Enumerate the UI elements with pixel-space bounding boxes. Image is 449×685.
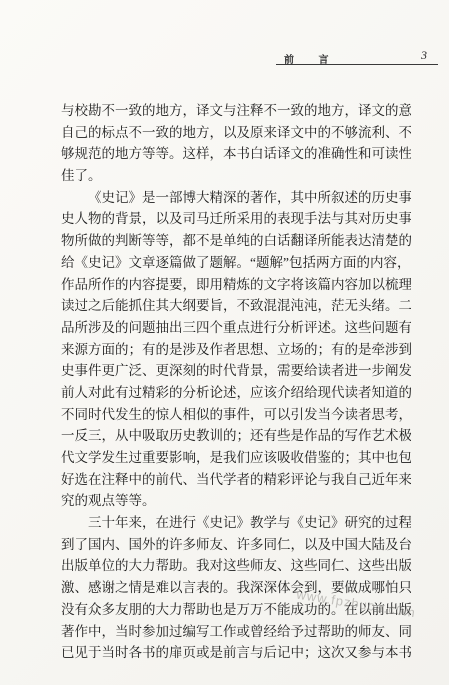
text-line: 前人对此有过精彩的分析论述，应该介绍给现代读者知道的；有的更是	[61, 382, 411, 404]
text-line: 《史记》是一部博大精深的著作，其中所叙述的历史事件的意义、历	[61, 187, 411, 209]
text-line: 一反三，从中吸取历史教训的；还有些是作品的写作艺术极高，并对后	[61, 425, 411, 447]
text-line: 出版单位的大力帮助。我对这些师友、这些同仁、这些出版单位的感	[61, 555, 411, 577]
text-line: 来源方面的；有的是涉及作者思想、立场的；有的是牵涉到历史人物、历	[61, 339, 411, 361]
text-line: 已见于当时各书的扉页或是前言与后记中；这次又参与本书修改工作	[61, 642, 411, 664]
paragraph: 《史记》是一部博大精深的著作，其中所叙述的历史事件的意义、历史人物的背景，以及司…	[61, 187, 411, 512]
text-line: 自己的标点不一致的地方，以及原来译文中的不够流利、不够通畅、不	[61, 122, 411, 144]
scanned-book-page: 前 言 3 与校勘不一致的地方，译文与注释不一致的地方，译文的意思与我们自己的标…	[0, 0, 449, 685]
text-line: 与校勘不一致的地方，译文与注释不一致的地方，译文的意思与我们	[61, 100, 411, 122]
text-line: 佳了。	[61, 165, 411, 187]
paragraph: 三十年来，在进行《史记》教学与《史记》研究的过程中，我先后得到了国内、国外的许多…	[61, 512, 411, 664]
text-line: 物所做的判断等等，都不是单纯的白话翻译所能表达清楚的。因此我们	[61, 230, 411, 252]
header-rule	[276, 64, 438, 65]
text-line: 代文学发生过重要影响，是我们应该吸收借鉴的；其中也包括了一些不	[61, 447, 411, 469]
text-line: 作品所作的内容提要，即用精炼的文字将该篇内容加以梳理，使初读者	[61, 274, 411, 296]
text-line: 品所涉及的问题抽出三四个重点进行分析评述。这些问题有的是材料	[61, 317, 411, 339]
text-line: 著作中，当时参加过编写工作或曾经给予过帮助的师友、同仁的名字，	[61, 621, 411, 643]
text-line: 够规范的地方等等。这样，本书白话译文的准确性和可读性就更	[61, 143, 411, 165]
text-line: 史人物的背景，以及司马迁所采用的表现手法与其对历史事件、历史人	[61, 208, 411, 230]
text-line: 到了国内、国外的许多师友、许多同仁，以及中国大陆及台湾地区许多	[61, 534, 411, 556]
page-number: 3	[421, 48, 427, 63]
text-line: 三十年来，在进行《史记》教学与《史记》研究的过程中，我先后得	[61, 512, 411, 534]
text-line: 好选在注释中的前代、当代学者的精彩评论与我自己近年来讲课与研	[61, 469, 411, 491]
paragraph: 与校勘不一致的地方，译文与注释不一致的地方，译文的意思与我们自己的标点不一致的地…	[61, 100, 411, 187]
text-line: 给《史记》文章逐篇做了题解。“题解”包括两方面的内容，一是对每篇	[61, 252, 411, 274]
text-line: 不同时代发生的惊人相似的事件，可以引发当今读者思考，可以令人举	[61, 404, 411, 426]
body-text: 与校勘不一致的地方，译文与注释不一致的地方，译文的意思与我们自己的标点不一致的地…	[61, 100, 411, 664]
text-line: 究的观点等等。	[61, 490, 411, 512]
text-line: 史事件更广泛、更深刻的时代背景，需要给读者进一步阐发的；有的是	[61, 360, 411, 382]
text-line: 读过之后能抓住其大纲要旨，不致混混沌沌，茫无头绪。二是将本篇作	[61, 295, 411, 317]
